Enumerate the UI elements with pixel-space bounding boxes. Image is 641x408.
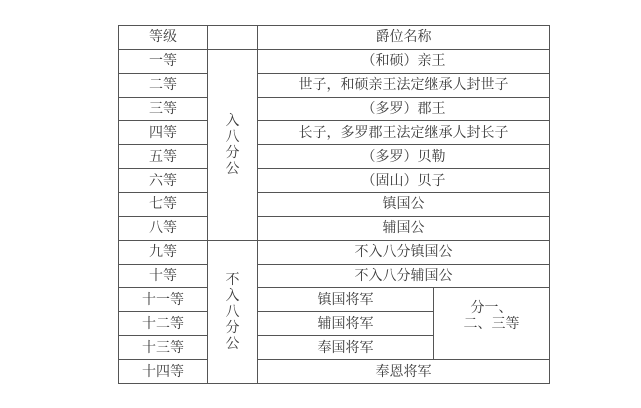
table-row: 十等 不入八分辅国公 (119, 264, 550, 288)
group-char: 公 (208, 161, 257, 177)
grade-cell: 十等 (119, 264, 208, 288)
group-char: 入 (208, 113, 257, 129)
table-row: 四等 长子，多罗郡王法定继承人封长子 (119, 121, 550, 145)
table-row: 五等 （多罗）贝勒 (119, 145, 550, 169)
title-cell: 长子，多罗郡王法定继承人封长子 (258, 121, 550, 145)
grade-cell: 十二等 (119, 312, 208, 336)
group-char: 八 (208, 304, 257, 320)
grade-cell: 三等 (119, 97, 208, 121)
title-cell: 辅国公 (258, 216, 550, 240)
title-cell: 世子，和硕亲王法定继承人封世子 (258, 73, 550, 97)
title-cell: 镇国将军 (258, 288, 434, 312)
grade-cell: 十四等 (119, 360, 208, 384)
title-cell: （固山）贝子 (258, 169, 550, 193)
grade-cell: 九等 (119, 240, 208, 264)
table-row: 三等 （多罗）郡王 (119, 97, 550, 121)
title-cell: 镇国公 (258, 193, 550, 217)
grade-cell: 五等 (119, 145, 208, 169)
grade-cell: 十一等 (119, 288, 208, 312)
noble-rank-table: 等级 爵位名称 一等 入 八 分 公 （和硕）亲王 二等 世子，和硕亲王法定继承… (118, 25, 550, 384)
title-cell: （多罗）贝勒 (258, 145, 550, 169)
group-char: 入 (208, 288, 257, 304)
header-grade: 等级 (119, 26, 208, 50)
title-cell: 辅国将军 (258, 312, 434, 336)
grade-cell: 七等 (119, 193, 208, 217)
group-bu-ru-bafen: 不 入 八 分 公 (208, 240, 258, 383)
group-char: 分 (208, 320, 257, 336)
title-cell: 不入八分镇国公 (258, 240, 550, 264)
group-char: 八 (208, 129, 257, 145)
group-char: 公 (208, 336, 257, 352)
header-title: 爵位名称 (258, 26, 550, 50)
table-header-row: 等级 爵位名称 (119, 26, 550, 50)
title-cell: 奉国将军 (258, 336, 434, 360)
title-cell: 不入八分辅国公 (258, 264, 550, 288)
header-group (208, 26, 258, 50)
grade-cell: 八等 (119, 216, 208, 240)
title-cell: （和硕）亲王 (258, 49, 550, 73)
grade-cell: 一等 (119, 49, 208, 73)
grade-cell: 四等 (119, 121, 208, 145)
split-note-line1: 分一、 (434, 300, 549, 316)
table-row: 十四等 奉恩将军 (119, 360, 550, 384)
title-cell: （多罗）郡王 (258, 97, 550, 121)
table-row: 二等 世子，和硕亲王法定继承人封世子 (119, 73, 550, 97)
title-cell: 奉恩将军 (258, 360, 550, 384)
table-row: 七等 镇国公 (119, 193, 550, 217)
table-row: 九等 不 入 八 分 公 不入八分镇国公 (119, 240, 550, 264)
grade-cell: 十三等 (119, 336, 208, 360)
table-row: 十一等 镇国将军 分一、 二、三等 (119, 288, 550, 312)
table-row: 六等 （固山）贝子 (119, 169, 550, 193)
table-row: 一等 入 八 分 公 （和硕）亲王 (119, 49, 550, 73)
group-ru-bafen: 入 八 分 公 (208, 49, 258, 240)
group-char: 分 (208, 145, 257, 161)
grade-cell: 二等 (119, 73, 208, 97)
split-note-line2: 二、三等 (434, 316, 549, 332)
group-char: 不 (208, 272, 257, 288)
table-row: 八等 辅国公 (119, 216, 550, 240)
split-note: 分一、 二、三等 (434, 288, 550, 360)
grade-cell: 六等 (119, 169, 208, 193)
